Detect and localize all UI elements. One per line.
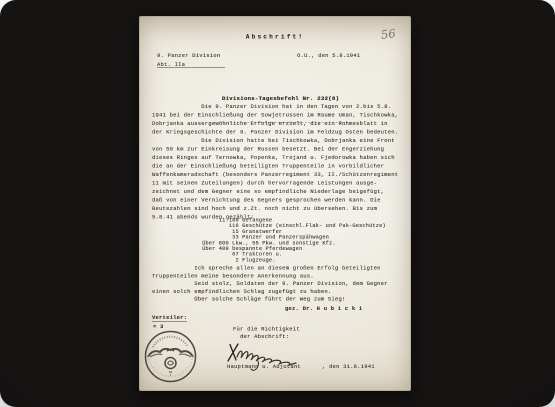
copy-header: Abschrift! [139, 33, 411, 42]
department-underline: Abt. IIa [157, 61, 225, 68]
order-body-paragraphs-1: Die 9. Panzer Division hat in den Tagen … [152, 103, 398, 222]
place-and-date: O.U., den 5.8.1941 [297, 52, 360, 61]
department-line: Abt. IIa [157, 61, 225, 70]
distribution-label-text: Verteiler: [152, 315, 187, 322]
page-number-annotation: 56 [380, 27, 396, 42]
order-body-paragraphs-2: Ich spreche allen an diesem großen Erfol… [152, 265, 388, 304]
captured-equipment-list: 11.100 Gefangene 116 Geschütze (einschl.… [152, 218, 386, 264]
document-page: Abschrift! 56 9. Panzer Division O.U., d… [139, 16, 411, 391]
document-photo-card: Abschrift! 56 9. Panzer Division O.U., d… [0, 0, 555, 407]
department-label: Abt. IIa [157, 62, 185, 68]
commander-signature-line: gez. Dr. H u b i c k i [285, 305, 362, 314]
distribution-label: Verteiler: [152, 314, 187, 323]
unit-round-stamp-eagle-icon [143, 328, 198, 385]
certification-note: Für die Richtigkeit der Abschrift: [233, 326, 300, 341]
document-content: Abschrift! 56 9. Panzer Division O.U., d… [139, 16, 411, 391]
adjutant-role-and-date: Hauptmann u. Adjutant , den 31.8.1941 [227, 363, 375, 372]
unit-name: 9. Panzer Division [157, 52, 220, 61]
